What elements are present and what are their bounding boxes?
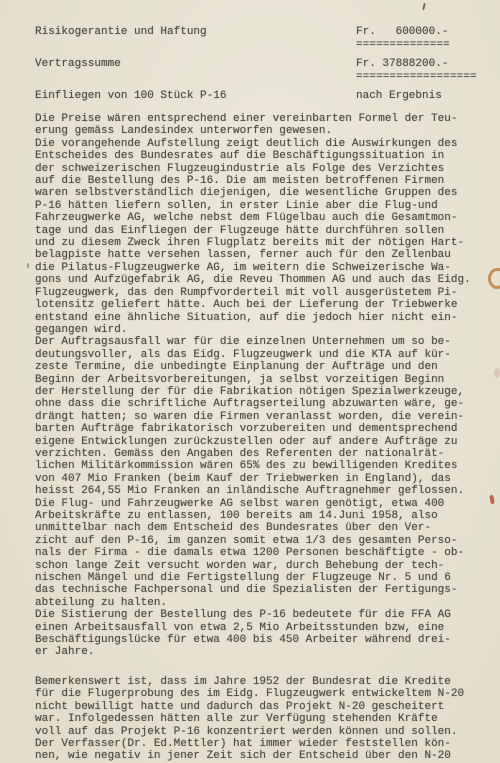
contract-sum-label: Vertragssumme [35, 58, 121, 71]
scan-artifact-orange-blot [488, 268, 500, 289]
risk-guarantee-amount-block: Fr. 600000.- ============== [356, 26, 478, 51]
paragraph-n20-remark: Bemerkenswert ist, dass im Jahre 1952 de… [35, 676, 478, 763]
paragraph-ffa-impact: Die Sistierung der Bestellung des P-16 b… [35, 609, 478, 659]
contract-sum-amount: Fr. 37888200.- [356, 58, 478, 71]
paragraph-affected-firms: Die vorangehende Aufstellung zeigt deutl… [35, 138, 478, 337]
document-header: Risikogerantie und Haftung Fr. 600000.- … [35, 26, 478, 103]
test-flights-value-block: nach Ergebnis [356, 90, 478, 103]
document-body: Die Preise wären entsprechend einer vere… [35, 113, 478, 763]
test-flights-value: nach Ergebnis [356, 90, 478, 103]
contract-sum-underline: ================== [356, 71, 478, 83]
contract-sum-amount-block: Fr. 37888200.- ================== [356, 58, 478, 83]
test-flights-label: Einfliegen von 100 Stück P-16 [35, 90, 226, 103]
scan-artifact-top-tick [422, 3, 426, 10]
document-content: Risikogerantie und Haftung Fr. 600000.- … [35, 26, 478, 763]
risk-guarantee-amount: Fr. 600000.- [356, 26, 478, 39]
header-row-risikogarantie: Risikogerantie und Haftung Fr. 600000.- … [35, 26, 478, 51]
paragraph-price-formula: Die Preise wären entsprechend einer vere… [35, 113, 478, 138]
scan-artifact-pink-smudge [494, 368, 500, 378]
risk-guarantee-underline: ============== [356, 39, 478, 51]
header-row-einfliegen: Einfliegen von 100 Stück P-16 nach Ergeb… [35, 90, 478, 103]
scan-artifact-red-mark [489, 495, 495, 505]
risk-guarantee-label: Risikogerantie und Haftung [35, 26, 207, 39]
scanned-document-page: Risikogerantie und Haftung Fr. 600000.- … [0, 0, 500, 763]
paragraph-order-loss: Der Auftragsausfall war für die einzelne… [35, 336, 478, 609]
scan-artifact-margin-tick [27, 263, 29, 268]
header-row-vertragssumme: Vertragssumme Fr. 37888200.- ===========… [35, 58, 478, 83]
